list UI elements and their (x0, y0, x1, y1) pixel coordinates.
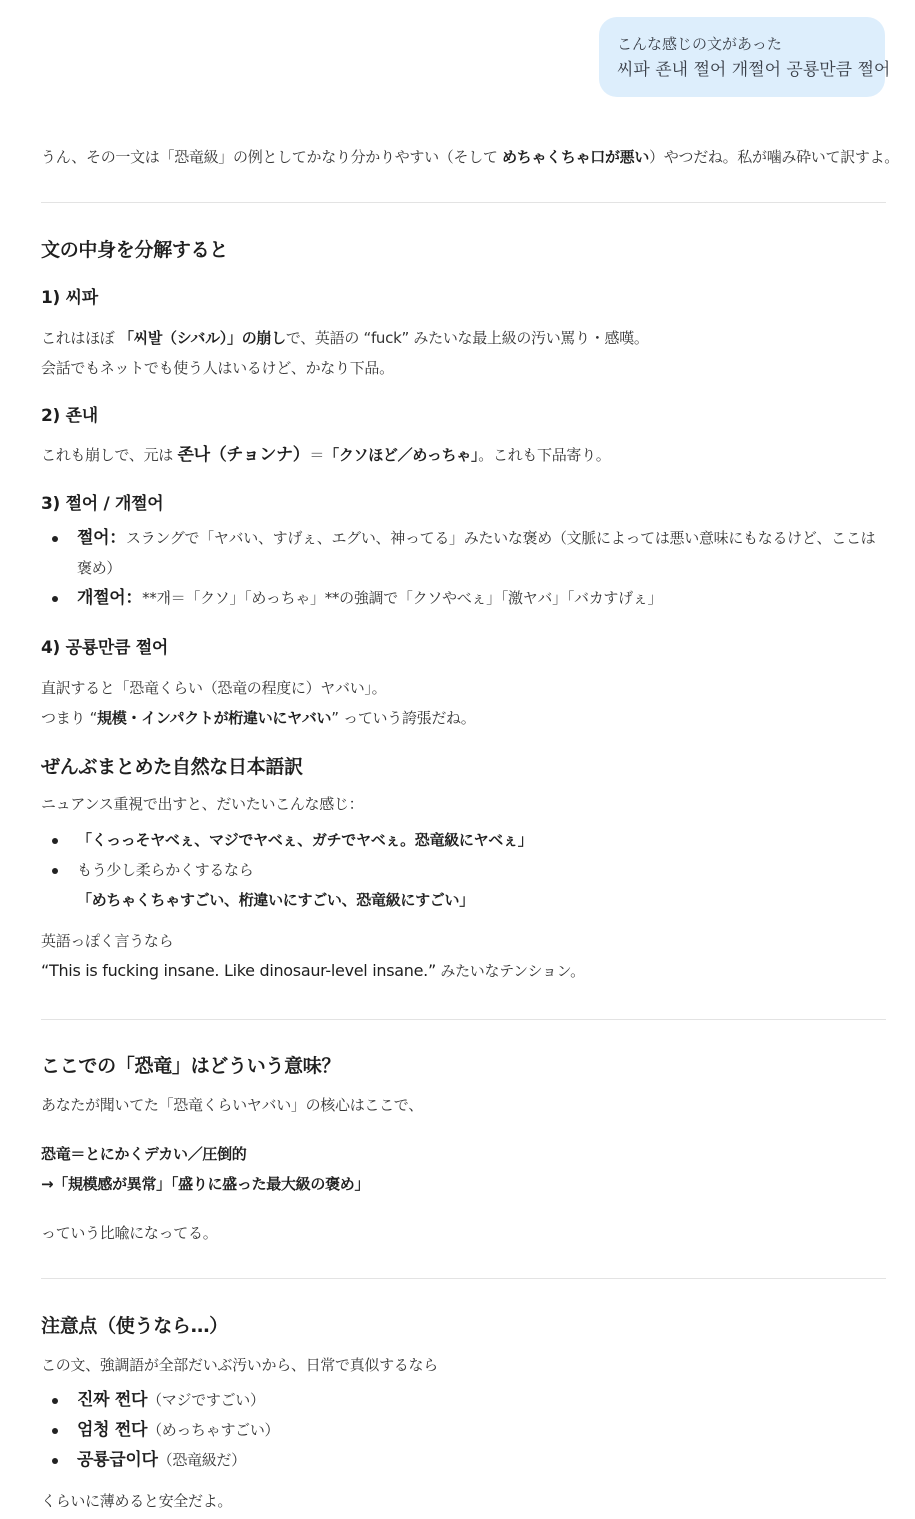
text: これはほぼ (41, 329, 119, 347)
divider (41, 202, 886, 203)
bold-text: 존나（チョンナ） (177, 445, 309, 465)
divider (41, 1278, 886, 1279)
item-4-line-2: つまり “規模・インパクトが桁違いにヤバい” っていう誇張だね。 (41, 703, 886, 733)
intro-paragraph: うん、その一文は「恐竜級」の例としてかなり分かりやすい（そして めちゃくちゃ口が… (41, 142, 886, 172)
intro-bold: めちゃくちゃ口が悪い (502, 148, 649, 166)
section-title-translation: ぜんぶまとめた自然な日本語訳 (41, 752, 886, 782)
text: 。これも下品寄り。 (478, 446, 610, 464)
translation-list: 「くっっそヤベぇ、マジでヤベぇ、ガチでヤベぇ。恐竜級にヤベぇ」 もう少し柔らかく… (41, 825, 886, 915)
bold-text: 「씨발（シバル）」の崩し (119, 329, 286, 347)
item-heading-1: 1) 씨파 (41, 284, 886, 312)
dinosaur-bold-2: →「規模感が異常」「盛りに盛った最大級の褒め」 (41, 1169, 886, 1199)
dinosaur-bold-1: 恐竜＝とにかくデカい／圧倒的 (41, 1139, 886, 1169)
english-quote: “This is fucking insane. Like dinosaur-l… (41, 961, 436, 980)
text: これも崩しで、元は (41, 446, 177, 464)
bold-text: 「くっっそヤベぇ、マジでヤベぇ、ガチでヤベぇ。恐竜級にヤベぇ」 (77, 831, 532, 849)
section-title-caution: 注意点（使うなら…） (41, 1311, 886, 1341)
description: **개＝「クソ」「めっちゃ」**の強調で「クソやべぇ」「激ヤバ」「バカすげぇ」 (142, 589, 662, 607)
intro-text-end: ）やつだね。私が噛み砕いて訳すよ。 (649, 148, 899, 166)
term: 공룡급이다 (77, 1450, 158, 1470)
item-1-line-2: 会話でもネットでも使う人はいるけど、かなり下品。 (41, 353, 886, 383)
term: 엄청 쩐다 (77, 1420, 147, 1440)
list-item: 진짜 쩐다（マジですごい） (77, 1385, 886, 1415)
user-message-row: こんな感じの文があった 씨파 죤내 쩔어 개쩔어 공룡만큼 쩔어 (599, 17, 885, 97)
dinosaur-lead: あなたが聞いてた「恐竜くらいヤバい」の核心はここで、 (41, 1090, 886, 1120)
translation-lead: ニュアンス重視で出すと、だいたいこんな感じ： (41, 789, 886, 819)
term: 개쩔어： (77, 588, 142, 608)
user-message-line: 씨파 죤내 쩔어 개쩔어 공룡만큼 쩔어 (617, 57, 867, 83)
item-heading-2: 2) 죤내 (41, 402, 886, 430)
term: 진짜 쩐다 (77, 1390, 147, 1410)
section-title-dinosaur: ここでの「恐竜」はどういう意味？ (41, 1051, 886, 1081)
caution-list: 진짜 쩐다（マジですごい） 엄청 쩐다（めっちゃすごい） 공룡급이다（恐竜級だ） (41, 1385, 886, 1475)
item-heading-4: 4) 공룡만큼 쩔어 (41, 634, 886, 662)
divider (41, 1019, 886, 1020)
text: もう少し柔らかくするなら (77, 861, 253, 879)
bullet-icon (52, 596, 58, 602)
item-2-line: これも崩しで、元は 존나（チョンナ）＝「クソほど／めっちゃ」。これも下品寄り。 (41, 440, 886, 470)
text: ” っていう誇張だね。 (331, 709, 475, 727)
list-item: 개쩔어：**개＝「クソ」「めっちゃ」**の強調で「クソやべぇ」「激ヤバ」「バカす… (77, 583, 886, 613)
gloss: （マジですごい） (147, 1391, 265, 1409)
text: みたいなテンション。 (436, 962, 585, 980)
user-message-line: こんな感じの文があった (617, 31, 867, 57)
bullet-icon (52, 868, 58, 874)
description: スラングで「ヤバい、すげぇ、エグい、神ってる」みたいな褒め（文脈によっては悪い意… (77, 529, 875, 577)
intro-text: うん、その一文は「恐竜級」の例としてかなり分かりやすい（そして (41, 148, 502, 166)
gloss: （めっちゃすごい） (147, 1421, 279, 1439)
bullet-icon (52, 1428, 58, 1434)
term: 쩔어： (77, 528, 126, 548)
text: つまり “ (41, 709, 97, 727)
list-item: 엄청 쩐다（めっちゃすごい） (77, 1415, 886, 1445)
user-message-bubble: こんな感じの文があった 씨파 죤내 쩔어 개쩔어 공룡만큼 쩔어 (599, 17, 885, 97)
section-title-breakdown: 文の中身を分解すると (41, 235, 886, 265)
bold-text: 規模・インパクトが桁違いにヤバい (97, 709, 331, 727)
item-4-line-1: 直訳すると「恐竜くらい（恐竜の程度に）ヤバい」。 (41, 673, 886, 703)
gloss: （恐竜級だ） (158, 1451, 246, 1469)
caution-lead: この文、強調語が全部だいぶ汚いから、日常で真似するなら (41, 1350, 886, 1380)
bullet-icon (52, 536, 58, 542)
dinosaur-tail: っていう比喩になってる。 (41, 1218, 886, 1248)
list-item: 공룡급이다（恐竜級だ） (77, 1445, 886, 1475)
bullet-icon (52, 838, 58, 844)
bullet-icon (52, 1398, 58, 1404)
list-item: 「くっっそヤベぇ、マジでヤベぇ、ガチでヤベぇ。恐竜級にヤベぇ」 (77, 825, 886, 855)
bold-text: 「クソほど／めっちゃ」 (324, 446, 478, 464)
item-heading-3: 3) 쩔어 / 개쩔어 (41, 490, 886, 518)
english-lead: 英語っぽく言うなら (41, 926, 886, 956)
list-item: 쩔어：スラングで「ヤバい、すげぇ、エグい、神ってる」みたいな褒め（文脈によっては… (77, 523, 886, 583)
text: で、英語の “fuck” みたいな最上級の汚い罵り・感嘆。 (286, 329, 649, 347)
item-3-list: 쩔어：スラングで「ヤバい、すげぇ、エグい、神ってる」みたいな褒め（文脈によっては… (41, 523, 886, 613)
list-item: もう少し柔らかくするなら「めちゃくちゃすごい、桁違いにすごい、恐竜級にすごい」 (77, 855, 886, 915)
english-line: “This is fucking insane. Like dinosaur-l… (41, 956, 886, 986)
text: ＝ (309, 446, 324, 464)
item-1-line-1: これはほぼ 「씨발（シバル）」の崩しで、英語の “fuck” みたいな最上級の汚… (41, 323, 886, 353)
bold-text: 「めちゃくちゃすごい、桁違いにすごい、恐竜級にすごい」 (77, 891, 474, 909)
bullet-icon (52, 1458, 58, 1464)
caution-tail: くらいに薄めると安全だよ。 (41, 1486, 886, 1516)
